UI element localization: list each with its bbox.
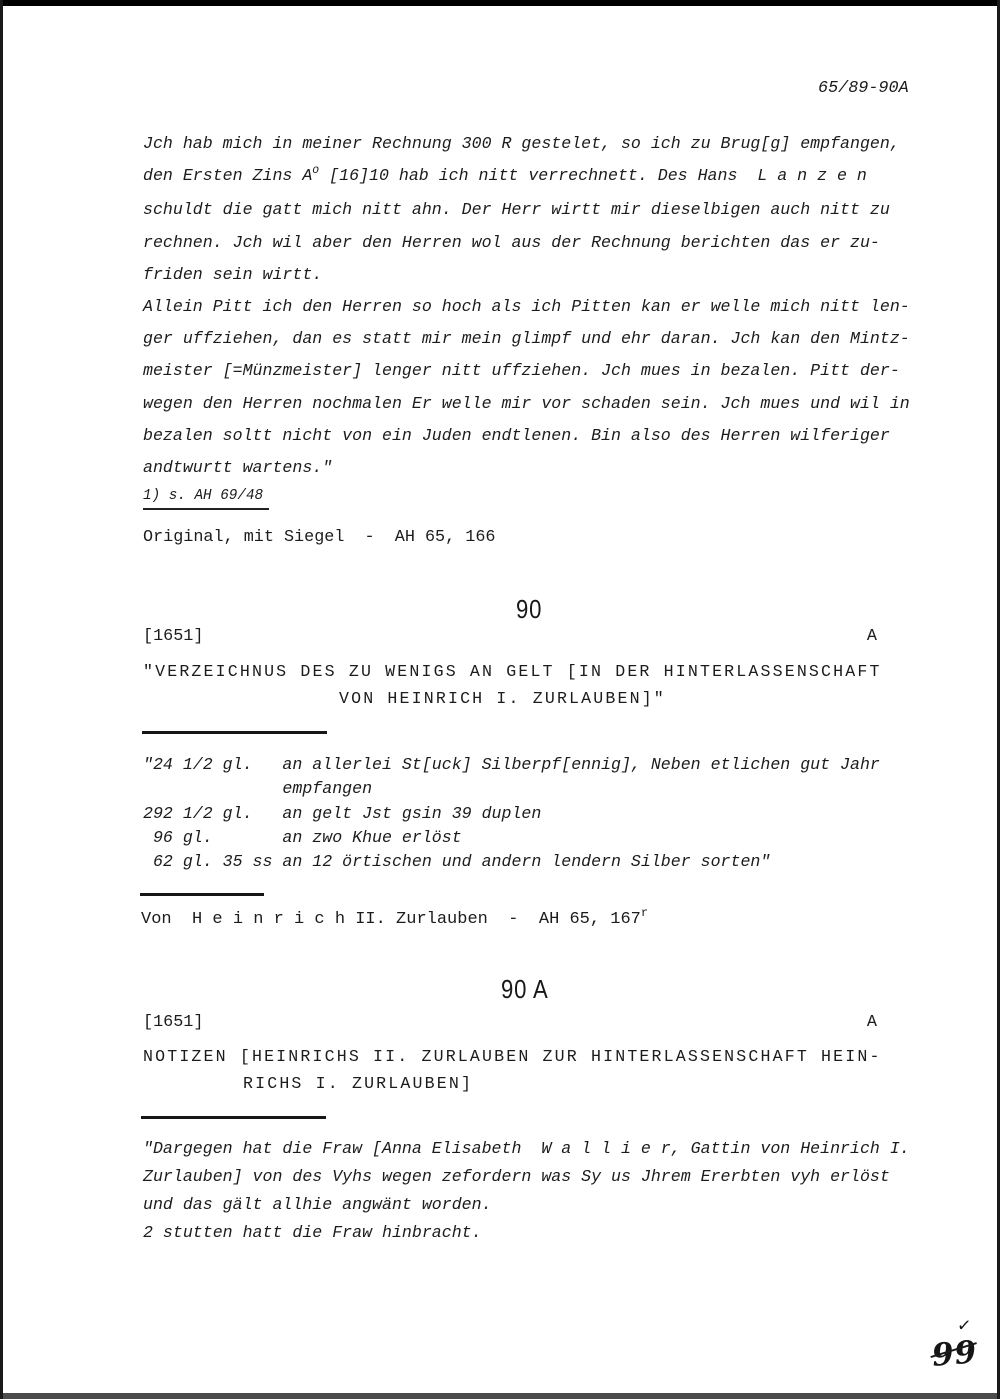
horizontal-rule bbox=[142, 731, 327, 734]
entry-90-title-line1: "VERZEICHNUS DES ZU WENIGS AN GELT [IN D… bbox=[143, 659, 943, 686]
superscript-r: r bbox=[641, 906, 648, 920]
list-line: 62 gl. 35 ss an 12 örtischen und andern … bbox=[143, 850, 880, 874]
transcript-line: schuldt die gatt mich nitt ahn. Der Herr… bbox=[143, 194, 933, 226]
scan-edge-bottom bbox=[0, 1393, 1000, 1399]
handwritten-checkmark: ✓ bbox=[956, 1315, 972, 1336]
transcript-line: ger uffziehen, dan es statt mir mein gli… bbox=[143, 323, 933, 355]
entry-90-year: [1651] bbox=[143, 627, 203, 646]
transcript-line: Jch hab mich in meiner Rechnung 300 R ge… bbox=[143, 128, 933, 160]
entry-90a-title: NOTIZEN [HEINRICHS II. ZURLAUBEN ZUR HIN… bbox=[143, 1044, 943, 1097]
horizontal-rule bbox=[140, 893, 264, 896]
footnote: 1) s. AH 69/48 bbox=[143, 486, 269, 510]
list-line: "24 1/2 gl. an allerlei St[uck] Silberpf… bbox=[143, 753, 880, 777]
entry-89-source-note: Original, mit Siegel - AH 65, 166 bbox=[143, 522, 495, 554]
entry-90-letter: A bbox=[867, 627, 877, 646]
transcript-line: andtwurtt wartens." bbox=[143, 452, 933, 484]
transcript-line: 2 stutten hatt die Fraw hinbracht. bbox=[143, 1219, 943, 1247]
scan-edge-left bbox=[0, 0, 3, 1399]
entry-90-title: "VERZEICHNUS DES ZU WENIGS AN GELT [IN D… bbox=[143, 659, 943, 712]
list-line: 292 1/2 gl. an gelt Jst gsin 39 duplen bbox=[143, 802, 880, 826]
transcript-line: "Dargegen hat die Fraw [Anna Elisabeth W… bbox=[143, 1135, 943, 1163]
entry-90-number: 90 bbox=[516, 594, 542, 625]
transcript-line: Zurlauben] von des Vyhs wegen zefordern … bbox=[143, 1163, 943, 1191]
entry-90-meta-row: [1651] A bbox=[143, 627, 877, 646]
entry-90a-year: [1651] bbox=[143, 1013, 203, 1032]
transcript-line: rechnen. Jch wil aber den Herren wol aus… bbox=[143, 227, 933, 259]
transcript-line: den Ersten Zins Ao [16]10 hab ich nitt v… bbox=[143, 160, 933, 194]
entry-90a-title-line1: NOTIZEN [HEINRICHS II. ZURLAUBEN ZUR HIN… bbox=[143, 1044, 943, 1071]
entry-90a-letter: A bbox=[867, 1013, 877, 1032]
transcript-line: wegen den Herren nochmalen Er welle mir … bbox=[143, 388, 933, 420]
handwritten-page-number: 99 bbox=[931, 1334, 979, 1374]
entry-90a-number: 90 A bbox=[501, 974, 549, 1005]
transcript-line: und das gält allhie angwänt worden. bbox=[143, 1191, 943, 1219]
footnote-text: 1) s. AH 69/48 bbox=[143, 488, 269, 510]
scan-edge-top bbox=[0, 0, 1000, 6]
entry-90-source-note: Von H e i n r i c h II. Zurlauben - AH 6… bbox=[141, 904, 648, 936]
superscript-o: o bbox=[312, 164, 319, 177]
entry-90-title-line2: VON HEINRICH I. ZURLAUBEN]" bbox=[339, 686, 943, 713]
archive-reference-header: 65/89-90A bbox=[818, 73, 909, 105]
entry-90a-title-line2: RICHS I. ZURLAUBEN] bbox=[243, 1071, 943, 1098]
transcript-line: bezalen soltt nicht von ein Juden endtle… bbox=[143, 420, 933, 452]
entry-89-transcript: Jch hab mich in meiner Rechnung 300 R ge… bbox=[143, 128, 933, 484]
transcript-line: friden sein wirtt. bbox=[143, 259, 933, 291]
entry-90a-transcript: "Dargegen hat die Fraw [Anna Elisabeth W… bbox=[143, 1135, 943, 1247]
transcript-line: Allein Pitt ich den Herren so hoch als i… bbox=[143, 291, 933, 323]
horizontal-rule bbox=[141, 1116, 326, 1119]
transcript-line: meister [=Münzmeister] lenger nitt uffzi… bbox=[143, 355, 933, 387]
list-line: empfangen bbox=[143, 777, 880, 801]
entry-90-money-list: "24 1/2 gl. an allerlei St[uck] Silberpf… bbox=[143, 753, 880, 874]
list-line: 96 gl. an zwo Khue erlöst bbox=[143, 826, 880, 850]
scanned-archive-page: { "page_header": "65/89-90A", "entry_89"… bbox=[0, 0, 1000, 1399]
entry-90a-meta-row: [1651] A bbox=[143, 1013, 877, 1032]
